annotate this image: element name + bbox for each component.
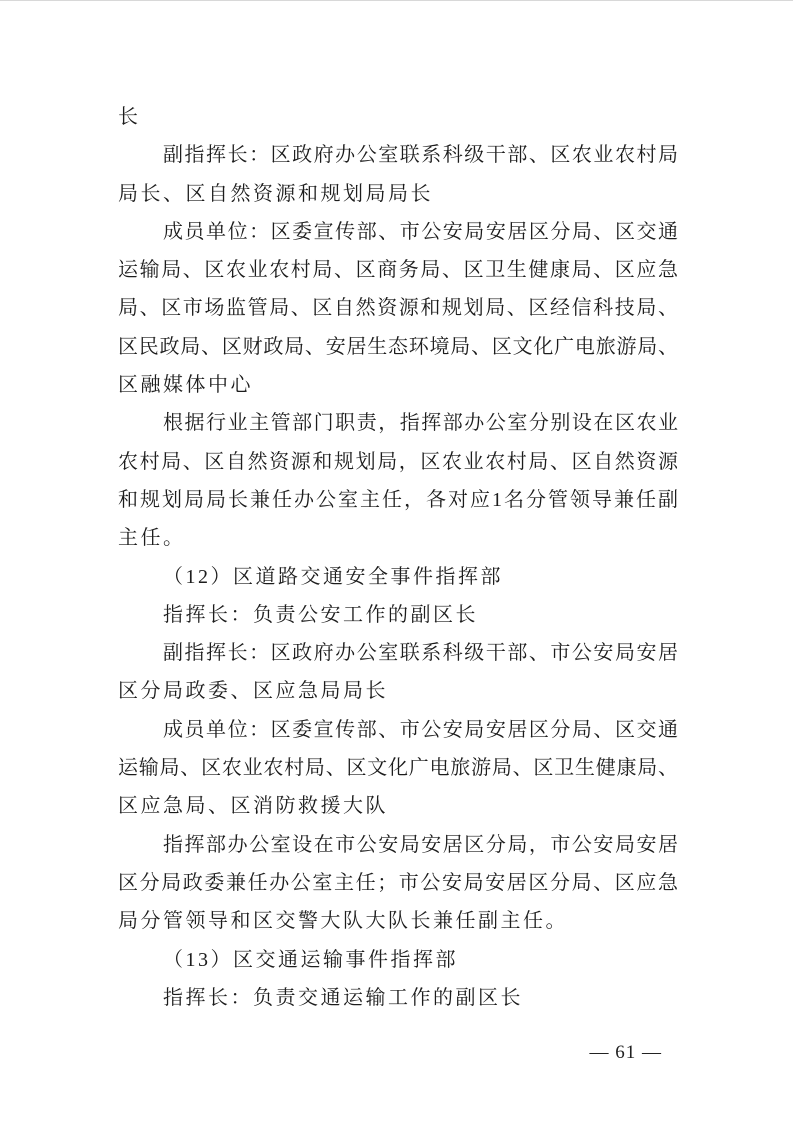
text-line: （12）区道路交通安全事件指挥部	[118, 558, 678, 596]
text-line: 区民政局、区财政局、安居生态环境局、区文化广电旅游局、	[118, 328, 678, 366]
document-body: 长副指挥长：区政府办公室联系科级干部、区农业农村局局长、区自然资源和规划局局长成…	[118, 98, 678, 1017]
text-line: 区分局政委、区应急局局长	[118, 672, 678, 710]
text-line: 指挥部办公室设在市公安局安居区分局，市公安局安居	[118, 826, 678, 864]
text-line: 成员单位：区委宣传部、市公安局安居区分局、区交通	[118, 711, 678, 749]
text-line: 局长、区自然资源和规划局局长	[118, 175, 678, 213]
text-line: 主任。	[118, 519, 678, 557]
text-line: 农村局、区自然资源和规划局，区农业农村局、区自然资源	[118, 443, 678, 481]
text-line: （13）区交通运输事件指挥部	[118, 941, 678, 979]
text-line: 局分管领导和区交警大队大队长兼任副主任。	[118, 902, 678, 940]
text-line: 成员单位：区委宣传部、市公安局安居区分局、区交通	[118, 213, 678, 251]
page-number: — 61 —	[590, 1042, 663, 1063]
text-line: 指挥长：负责交通运输工作的副区长	[118, 979, 678, 1017]
document-page: 长副指挥长：区政府办公室联系科级干部、区农业农村局局长、区自然资源和规划局局长成…	[0, 0, 793, 1122]
text-line: 区应急局、区消防救援大队	[118, 787, 678, 825]
text-line: 指挥长：负责公安工作的副区长	[118, 596, 678, 634]
text-line: 区分局政委兼任办公室主任；市公安局安居区分局、区应急	[118, 864, 678, 902]
text-line: 长	[118, 98, 678, 136]
text-line: 副指挥长：区政府办公室联系科级干部、区农业农村局	[118, 136, 678, 174]
text-line: 和规划局局长兼任办公室主任，各对应1名分管领导兼任副	[118, 481, 678, 519]
text-line: 运输局、区农业农村局、区文化广电旅游局、区卫生健康局、	[118, 749, 678, 787]
page-footer: — 61 —	[590, 1042, 663, 1064]
text-line: 局、区市场监管局、区自然资源和规划局、区经信科技局、	[118, 289, 678, 327]
text-line: 根据行业主管部门职责，指挥部办公室分别设在区农业	[118, 404, 678, 442]
text-line: 区融媒体中心	[118, 366, 678, 404]
scan-edge-line	[0, 0, 793, 1]
text-line: 运输局、区农业农村局、区商务局、区卫生健康局、区应急	[118, 251, 678, 289]
text-line: 副指挥长：区政府办公室联系科级干部、市公安局安居	[118, 634, 678, 672]
